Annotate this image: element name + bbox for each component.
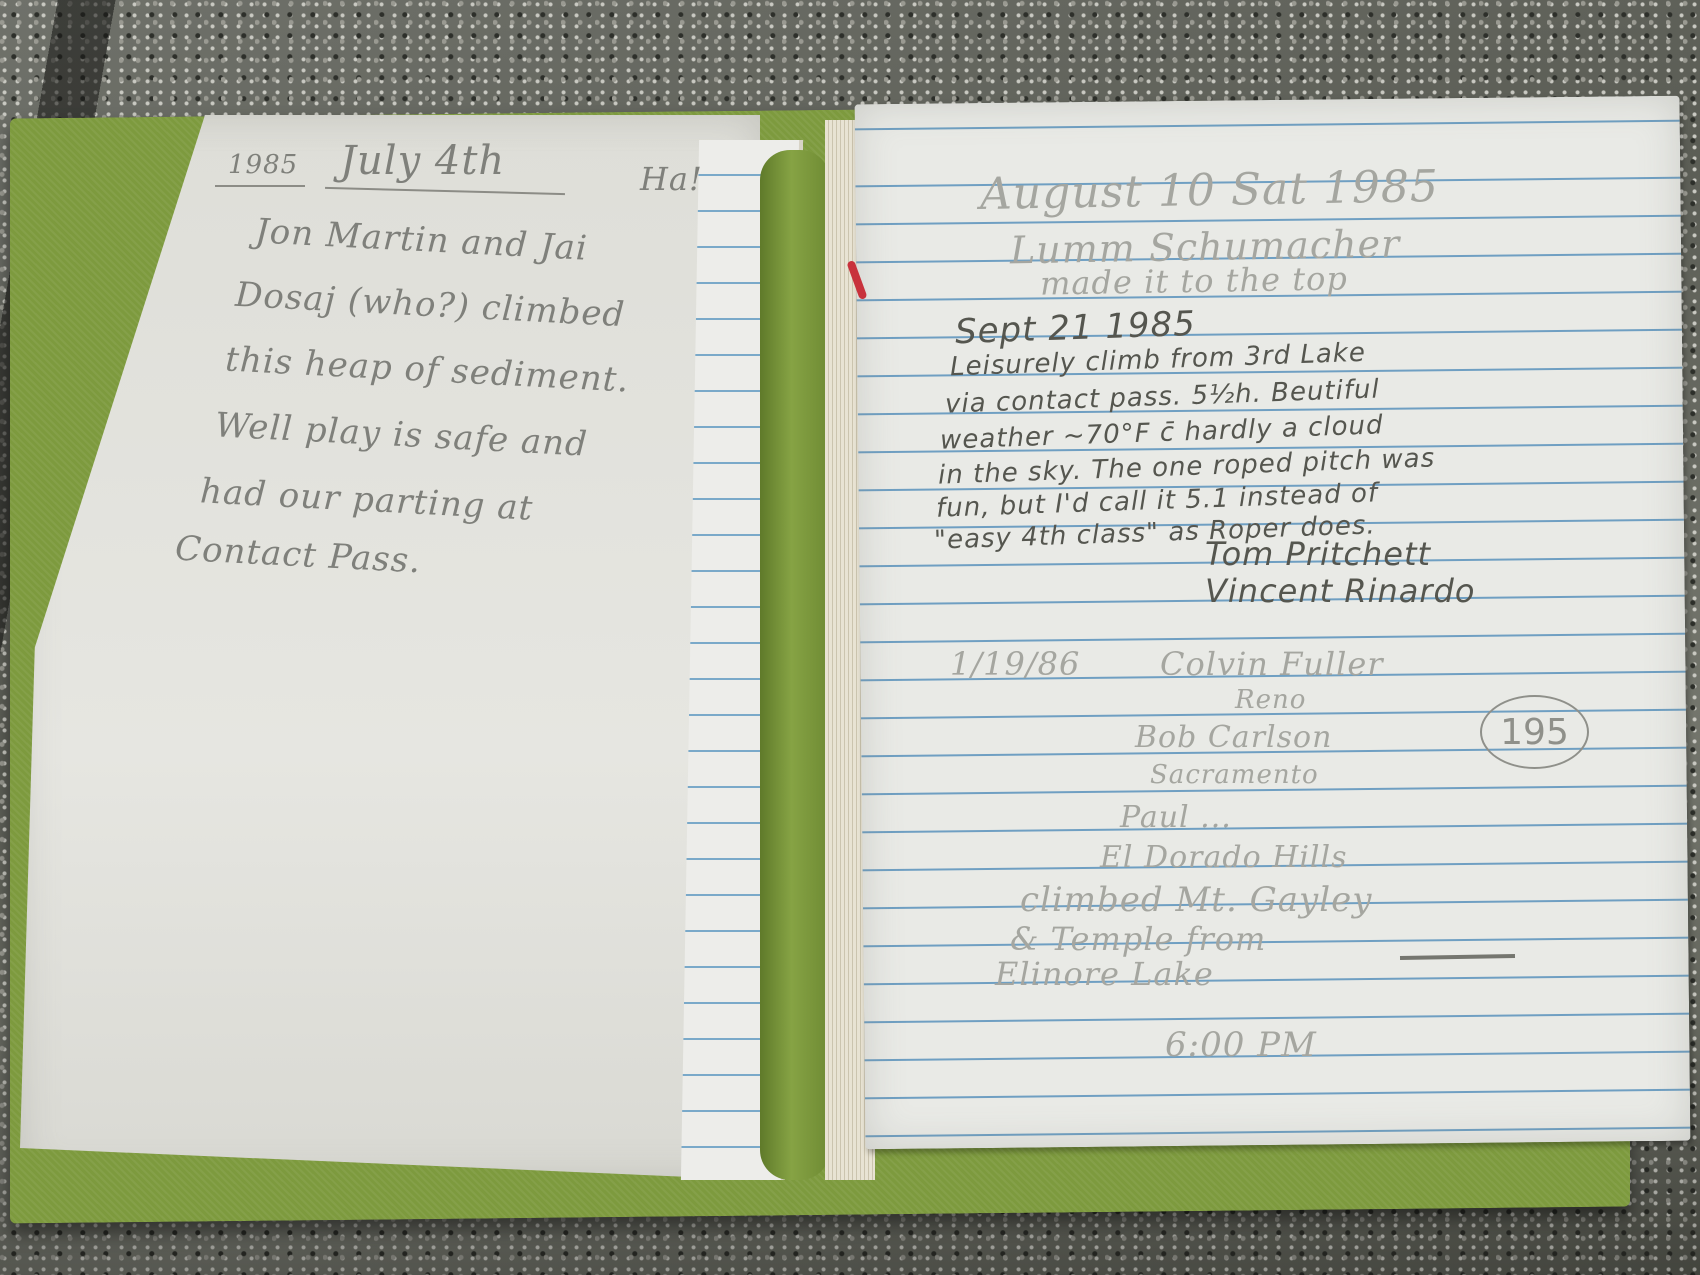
- notebook-spine: [760, 150, 830, 1180]
- entry3-trailing-scrawl: 6:00 PM: [1165, 1025, 1317, 1065]
- entry3-line-2: Reno: [1235, 685, 1306, 715]
- entry3-line-5: Paul ...: [1120, 800, 1232, 835]
- left-year: 1985: [228, 150, 298, 180]
- entry3-line-7: climbed Mt. Gayley: [1020, 880, 1372, 920]
- left-exclamation: Ha!: [640, 160, 703, 198]
- circled-number: 195: [1480, 695, 1589, 769]
- entry2-signature-1: Tom Pritchett: [1205, 535, 1431, 573]
- entry3-line-1: Colvin Fuller: [1160, 645, 1384, 683]
- year-underline: [215, 185, 305, 187]
- entry1-line-1: August 10 Sat 1985: [980, 161, 1440, 220]
- entry3-line-6: El Dorado Hills: [1100, 840, 1348, 875]
- entry3-line-8: & Temple from: [1010, 920, 1266, 958]
- entry3-line-3: Bob Carlson: [1135, 720, 1332, 755]
- entry2-signature-2: Vincent Rinardo: [1205, 572, 1475, 610]
- left-date: July 4th: [340, 138, 505, 184]
- entry1-line-3: made it to the top: [1040, 259, 1348, 302]
- entry3-date: 1/19/86: [950, 645, 1080, 683]
- entry3-line-4: Sacramento: [1150, 760, 1319, 790]
- entry3-line-9: Elinore Lake: [995, 955, 1214, 993]
